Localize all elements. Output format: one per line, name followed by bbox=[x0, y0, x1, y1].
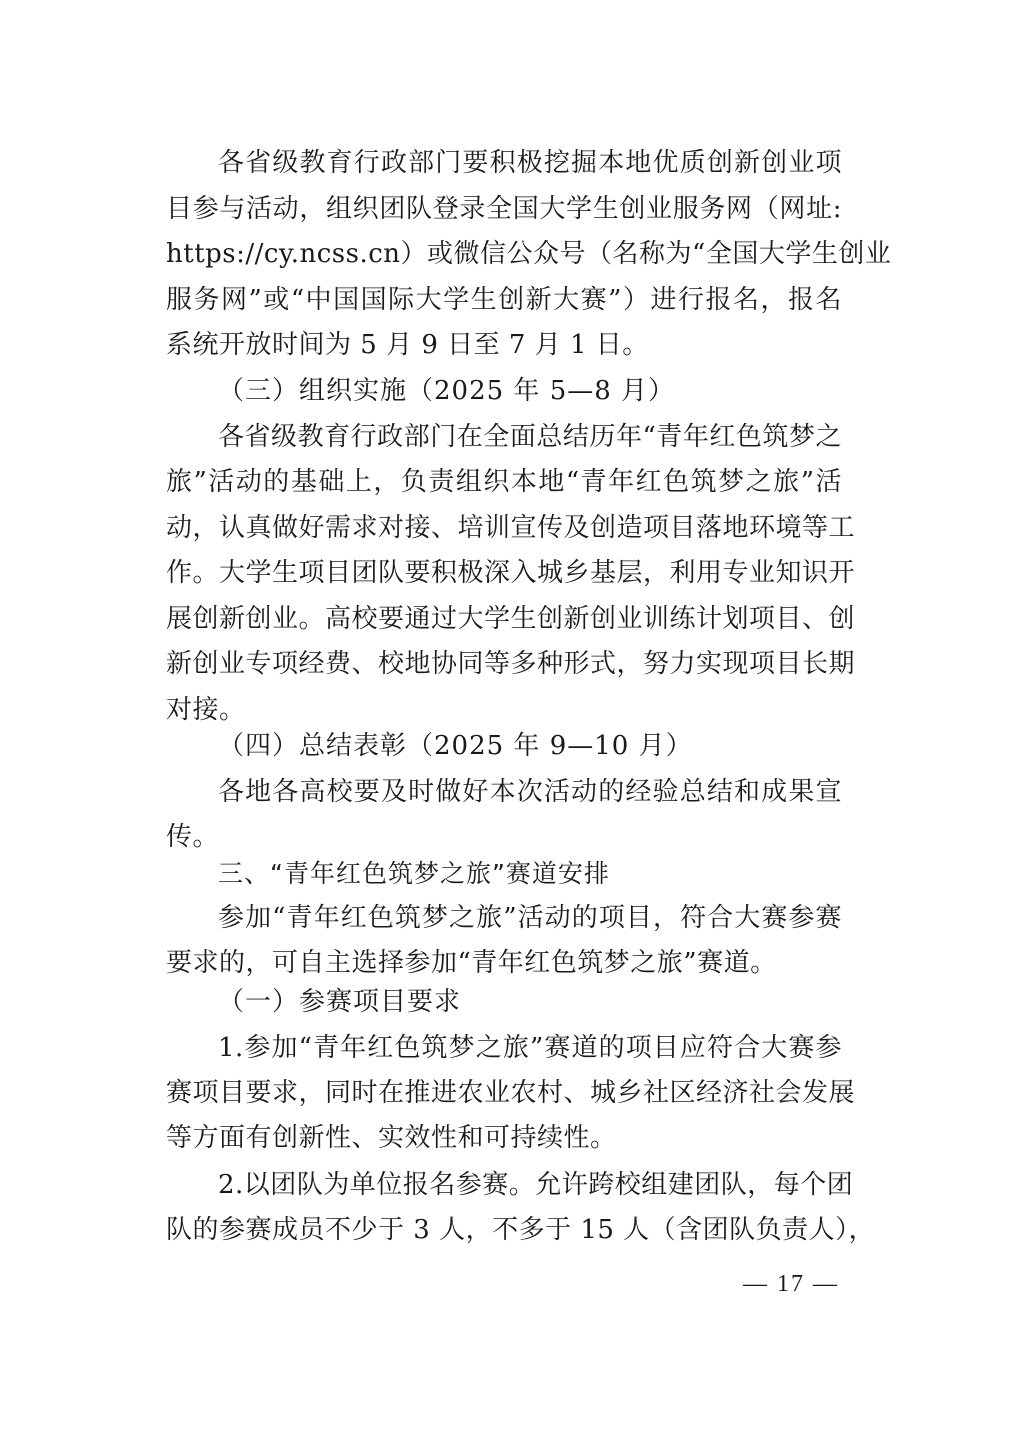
paragraph-organize-line: 新创业专项经费、校地协同等多种形式，努力实现项目长期 bbox=[166, 647, 842, 681]
paragraph-track-line: 参加“青年红色筑梦之旅”活动的项目，符合大赛参赛 bbox=[218, 901, 842, 935]
requirement-2-line: 2.以团队为单位报名参赛。允许跨校组建团队，每个团 bbox=[218, 1168, 842, 1202]
paragraph-registration-line: 服务网”或“中国国际大学生创新大赛”）进行报名，报名 bbox=[166, 283, 842, 317]
page-number: — 17 — bbox=[743, 1267, 839, 1301]
document-page: 各省级教育行政部门要积极挖掘本地优质创新创业项 目参与活动，组织团队登录全国大学… bbox=[0, 0, 1024, 1449]
paragraph-organize-line: 展创新创业。高校要通过大学生创新创业训练计划项目、创 bbox=[166, 602, 842, 636]
paragraph-organize-line: 作。大学生项目团队要积极深入城乡基层，利用专业知识开 bbox=[166, 556, 842, 590]
requirement-1-line: 等方面有创新性、实效性和可持续性。 bbox=[166, 1121, 842, 1155]
paragraph-registration-line: 目参与活动，组织团队登录全国大学生创业服务网（网址: bbox=[166, 192, 842, 226]
paragraph-registration-line: https://cy.ncss.cn）或微信公众号（名称为“全国大学生创业 bbox=[166, 237, 842, 271]
paragraph-organize-line: 旅”活动的基础上，负责组织本地“青年红色筑梦之旅”活 bbox=[166, 465, 842, 499]
chapter-heading-track: 三、“青年红色筑梦之旅”赛道安排 bbox=[218, 857, 610, 891]
requirement-2-line: 队的参赛成员不少于 3 人，不多于 15 人（含团队负责人）， bbox=[166, 1213, 842, 1247]
paragraph-organize-line: 动，认真做好需求对接、培训宣传及创造项目落地环境等工 bbox=[166, 511, 842, 545]
requirement-1-line: 1.参加“青年红色筑梦之旅”赛道的项目应符合大赛参 bbox=[218, 1031, 842, 1065]
paragraph-registration-line: 系统开放时间为 5 月 9 日至 7 月 1 日。 bbox=[166, 328, 842, 362]
paragraph-registration-line: 各省级教育行政部门要积极挖掘本地优质创新创业项 bbox=[218, 146, 842, 180]
paragraph-summary-line: 各地各高校要及时做好本次活动的经验总结和成果宣 bbox=[218, 775, 842, 809]
paragraph-track-line: 要求的，可自主选择参加“青年红色筑梦之旅”赛道。 bbox=[166, 946, 842, 980]
paragraph-summary-line: 传。 bbox=[166, 820, 842, 854]
paragraph-organize-line: 对接。 bbox=[166, 693, 842, 727]
section-heading-summary: （四）总结表彰（2025 年 9—10 月） bbox=[218, 729, 693, 763]
section-heading-organize: （三）组织实施（2025 年 5—8 月） bbox=[218, 374, 675, 408]
section-heading-requirements: （一）参赛项目要求 bbox=[218, 985, 461, 1019]
requirement-1-line: 赛项目要求，同时在推进农业农村、城乡社区经济社会发展 bbox=[166, 1076, 842, 1110]
paragraph-organize-line: 各省级教育行政部门在全面总结历年“青年红色筑梦之 bbox=[218, 420, 842, 454]
